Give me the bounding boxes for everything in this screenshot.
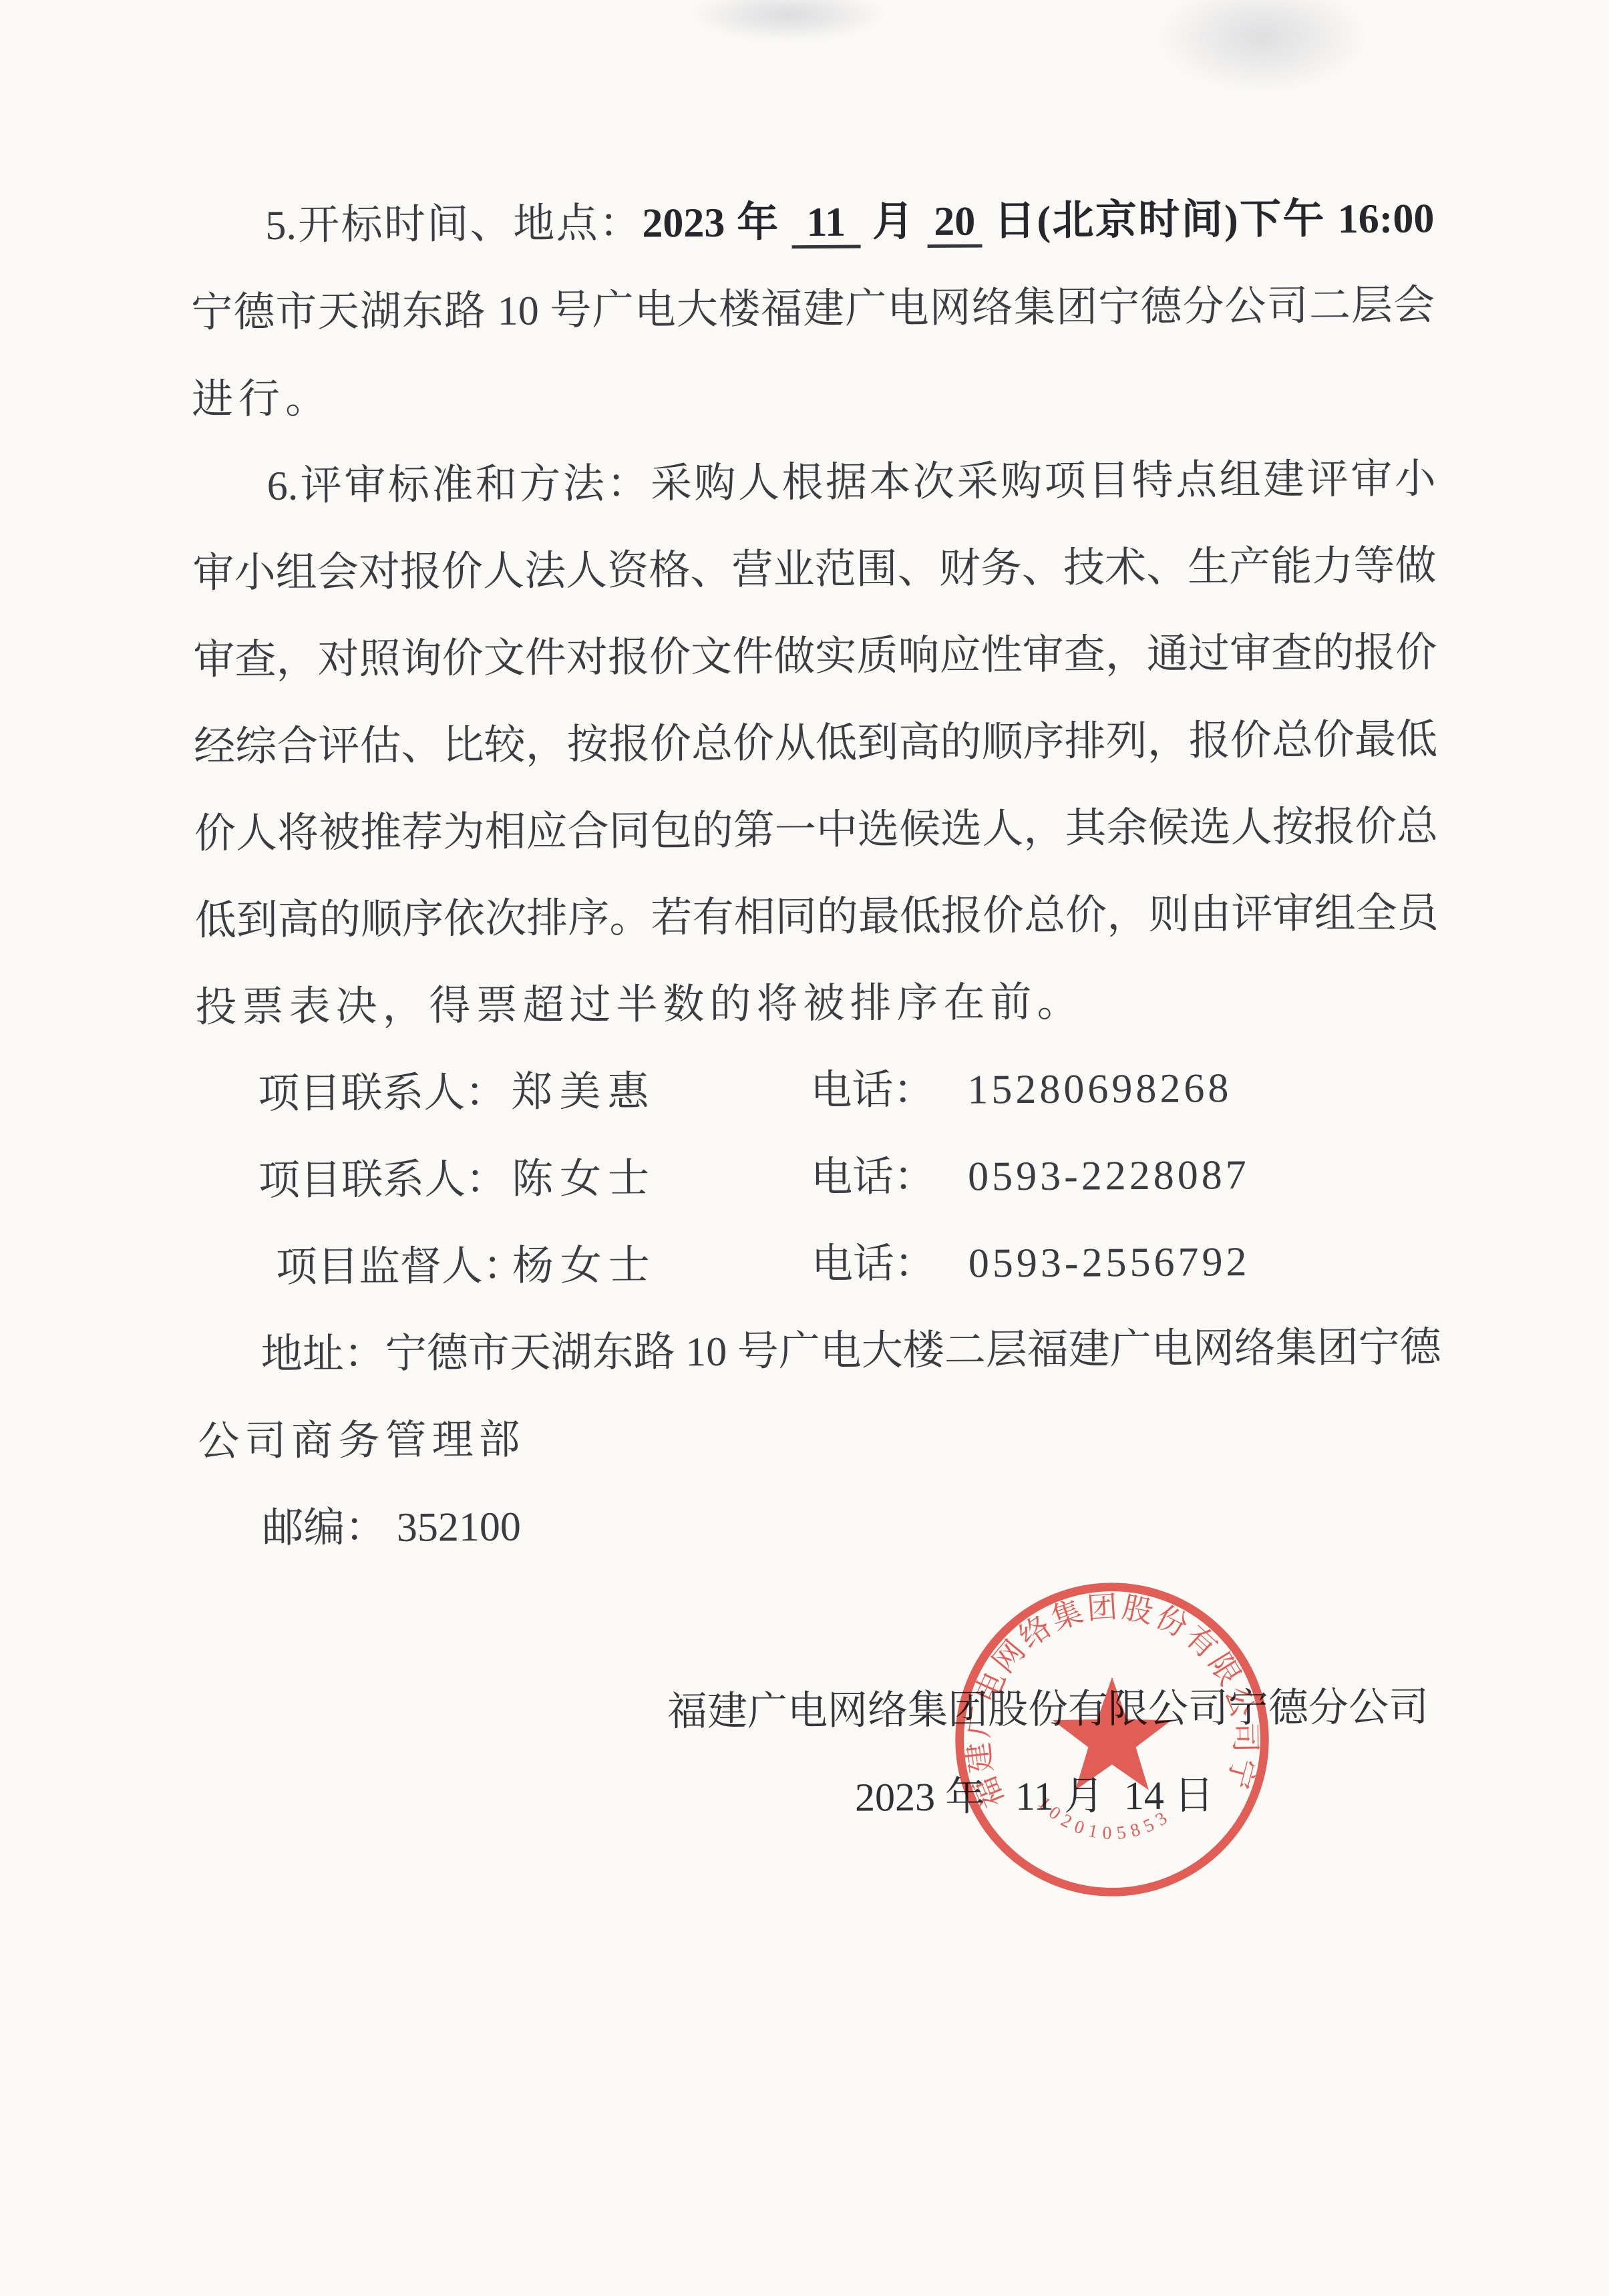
signature-date: 2023 年 11 月 14 日 bbox=[200, 1750, 1444, 1844]
open-paragraph-line-2: 宁德市天湖东路 10 号广电大楼福建广电网络集团宁德分公司二层会议室 bbox=[191, 262, 1435, 356]
contact-name: 陈女士 bbox=[512, 1135, 657, 1222]
contact-row: 项目联系人： 陈女士 电话： 0593-2228087 bbox=[196, 1130, 1441, 1224]
contact-label: 项目联系人： bbox=[258, 1049, 507, 1138]
contact-row: 项目联系人： 郑美惠 电话： 15280698268 bbox=[196, 1043, 1440, 1138]
phone-label: 电话： bbox=[810, 1047, 935, 1134]
address-line-2: 公司商务管理部 bbox=[198, 1391, 1442, 1485]
contact-name: 郑美惠 bbox=[511, 1048, 656, 1136]
contact-row: 项目监督人： 杨女士 电话： 0593-2556792 bbox=[197, 1217, 1441, 1311]
contact-label: 项目监督人： bbox=[276, 1223, 525, 1311]
postal-value: 352100 bbox=[397, 1504, 521, 1550]
review-paragraph-line: 审小组会对报价人法人资格、营业范围、财务、技术、生产能力等做资格 bbox=[192, 522, 1437, 617]
phone-number: 0593-2228087 bbox=[968, 1132, 1250, 1220]
phone-label: 电话： bbox=[811, 1134, 936, 1221]
phone-number: 0593-2556792 bbox=[968, 1218, 1250, 1307]
review-paragraph-line: 6.评审标准和方法：采购人根据本次采购项目特点组建评审小组，评 bbox=[192, 436, 1436, 530]
scan-smudge bbox=[1155, 0, 1369, 94]
review-paragraph-line: 价人将被推荐为相应合同包的第一中选候选人，其余候选人按报价总价从 bbox=[194, 783, 1439, 877]
postal-label: 邮编： bbox=[262, 1505, 386, 1551]
open-date-day-underlined: 20 bbox=[927, 198, 982, 247]
open-date-month-underlined: 11 bbox=[791, 200, 860, 249]
review-paragraph-line: 低到高的顺序依次排序。若有相同的最低报价总价，则由评审组全员记名 bbox=[194, 870, 1439, 964]
open-paragraph-line-3: 进行。 bbox=[192, 349, 1436, 443]
scan-smudge bbox=[688, 0, 888, 41]
phone-label: 电话： bbox=[812, 1220, 936, 1308]
open-paragraph-prefix: 5.开标时间、地点： bbox=[265, 201, 642, 249]
review-paragraph-line: 经综合评估、比较，按报价总价从低到高的顺序排列，报价总价最低的报 bbox=[194, 696, 1438, 790]
open-paragraph-line-1: 5.开标时间、地点：2023 年 11 月 20 日(北京时间)下午 16:00… bbox=[190, 175, 1435, 269]
scanned-document-page: 5.开标时间、地点：2023 年 11 月 20 日(北京时间)下午 16:00… bbox=[0, 0, 1609, 2296]
open-date-month-unit: 月 bbox=[872, 199, 916, 244]
review-paragraph-line: 投票表决，得票超过半数的将被排序在前。 bbox=[195, 957, 1439, 1051]
contact-name: 杨女士 bbox=[512, 1222, 657, 1309]
postal-line: 邮编： 352100 bbox=[198, 1478, 1443, 1572]
contact-label: 项目联系人： bbox=[258, 1136, 508, 1224]
open-date-year: 2023 年 bbox=[642, 200, 780, 246]
review-paragraph-line: 审查，对照询价文件对报价文件做实质响应性审查，通过审查的报价人， bbox=[193, 609, 1437, 703]
signature-company-name: 福建广电网络集团股份有限公司宁德分公司 bbox=[200, 1663, 1444, 1758]
signature-block: 福建广电网络集团股份有限公司宁德分公司 2023 年 11 月 14 日 bbox=[200, 1663, 1445, 1844]
phone-number: 15280698268 bbox=[967, 1045, 1232, 1133]
document-body: 5.开标时间、地点：2023 年 11 月 20 日(北京时间)下午 16:00… bbox=[190, 175, 1444, 1844]
address-line-1: 地址：宁德市天湖东路 10 号广电大楼二层福建广电网络集团宁德分 bbox=[197, 1304, 1441, 1398]
